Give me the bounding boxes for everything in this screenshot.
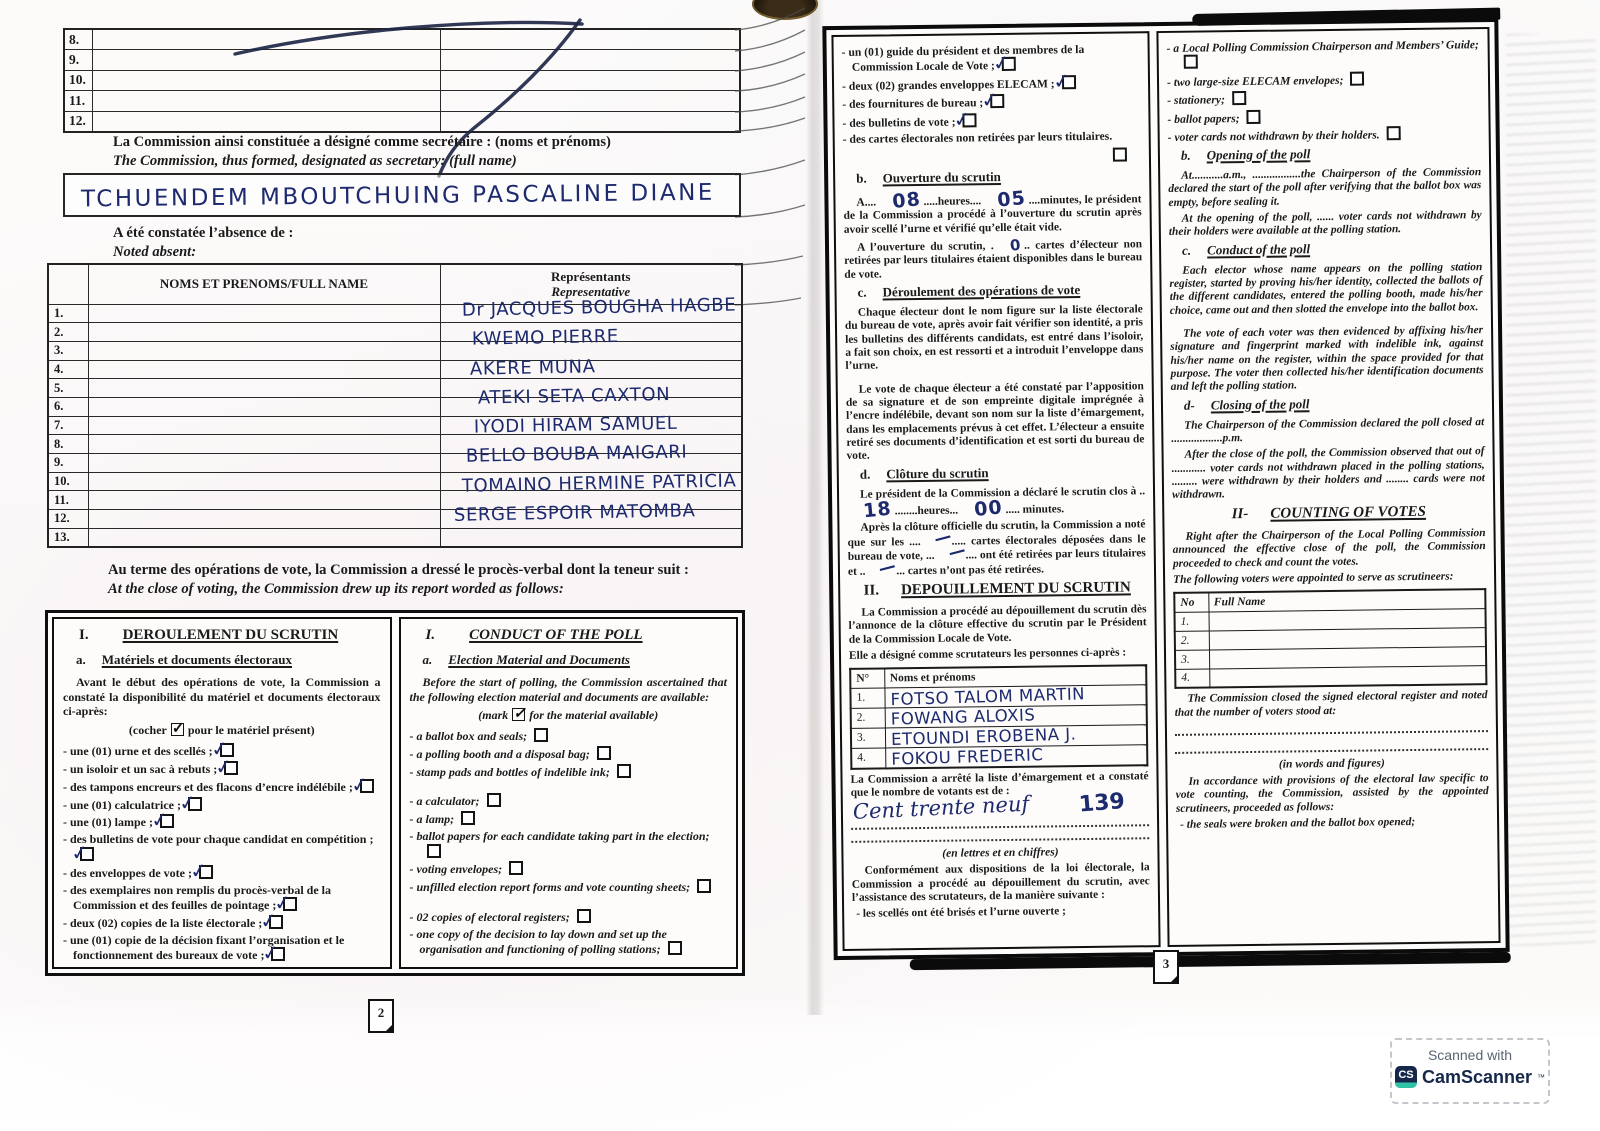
printed-checked-box-icon — [512, 708, 525, 721]
handwritten-hour: 08 — [878, 192, 921, 211]
checklist-item: ballot papers; — [1167, 107, 1480, 127]
page-marker-left: 2 — [368, 999, 394, 1033]
checklist-item: stamp pads and bottles of indelible ink; — [410, 764, 728, 779]
checklist-item: stationery; — [1167, 88, 1480, 108]
voters-count-line: Cent trente neuf 139 — [851, 800, 1149, 831]
conduct-of-poll-box: I.DEROULEMENT DU SCRUTIN a.Matériels et … — [45, 610, 745, 976]
checklist-item: a Local Polling Commission Chairperson a… — [1167, 38, 1480, 72]
checklist-item: des fournitures de bureau ; — [842, 93, 1140, 113]
checklist-item: a ballot box and seals; — [410, 728, 728, 743]
section-heading-opening-en: b.Opening of the poll — [1168, 144, 1481, 164]
camscanner-logo-icon: CS — [1395, 1066, 1417, 1088]
row-number: 8. — [64, 29, 92, 50]
paragraph: La Commission a procédé au dépouillement… — [848, 603, 1146, 647]
report-intro-fr: Au terme des opérations de vote, la Comm… — [108, 561, 689, 580]
bullet-line: - the seals were broken and the ballot b… — [1180, 815, 1489, 831]
table-row: 4. — [1175, 665, 1486, 688]
caption: (in words and figures) — [1175, 755, 1488, 772]
section-heading-voting-en: c.Conduct of the poll — [1169, 239, 1482, 259]
checkbox-icon — [1002, 57, 1016, 71]
handwritten-count-digits: 139 — [1078, 789, 1126, 818]
checkbox-icon — [1387, 126, 1401, 140]
paragraph: Le président de la Commission a déclaré … — [847, 485, 1145, 519]
conduct-box-english: I.CONDUCT OF THE POLL a.Election Materia… — [399, 617, 739, 969]
row-number: 11. — [64, 91, 92, 112]
checklist-item: voter cards not withdrawn by their holde… — [1168, 125, 1481, 145]
material-checklist-fr: une (01) urne et des scellés ; un isoloi… — [63, 743, 381, 963]
checklist-item: deux (02) copies de la liste électorale … — [63, 915, 381, 930]
secretary-name-handwritten: TCHUENDEM MBOUTCHUING PASCALINE DIANE — [65, 171, 739, 212]
paragraph: Before the start of polling, the Commiss… — [410, 675, 728, 704]
checklist-item: des bulletins de vote pour chaque candid… — [63, 832, 381, 862]
watermark-prefix: Scanned with — [1392, 1047, 1548, 1063]
checklist-item: voting envelopes; — [410, 861, 728, 876]
checklist-item: des cartes électorales non retirées par … — [843, 129, 1141, 147]
section-heading-counting-fr: II.DEPOUILLEMENT DU SCRUTIN — [848, 579, 1146, 600]
secretary-label: La Commission ainsi constituée a désigné… — [113, 133, 611, 172]
english-column: a Local Polling Commission Chairperson a… — [1156, 27, 1500, 947]
checkbox-icon — [283, 897, 297, 911]
checkbox-icon — [990, 94, 1004, 108]
scrutineers-table-fr: N°Noms et prénoms 1.FOTSO TALOM MARTIN 2… — [849, 664, 1148, 769]
handwritten-name: FOWANG ALOXIS — [890, 705, 1035, 728]
subsection-title: Matériels et documents électoraux — [102, 652, 292, 668]
paragraph: After the close of the poll, the Commiss… — [1172, 446, 1486, 503]
checkbox-icon — [427, 844, 441, 858]
checklist-item: two large-size ELECAM envelopes; — [1167, 70, 1480, 90]
checkbox-icon — [80, 847, 94, 861]
secretary-name-box: TCHUENDEM MBOUTCHUING PASCALINE DIANE — [63, 173, 741, 217]
column-header-full-name: NOMS ET PRENOMS/FULL NAME — [88, 264, 440, 304]
handwritten-minute: 05 — [984, 191, 1027, 210]
checkbox-icon — [597, 746, 611, 760]
checklist-item: des exemplaires non remplis du procès-ve… — [63, 883, 381, 913]
trademark-symbol: ™ — [1537, 1073, 1545, 1082]
paragraph: In accordance with provisions of the ele… — [1176, 772, 1489, 816]
section-heading-opening-fr: b.Ouverture du scrutin — [843, 167, 1141, 187]
scan-edge-bar-top — [1192, 8, 1500, 26]
checklist-item: un (01) guide du président et des membre… — [842, 42, 1140, 75]
page-marker-right: 3 — [1153, 950, 1179, 984]
checkbox-icon — [962, 113, 976, 127]
subsection-title: Election Material and Documents — [448, 652, 630, 668]
supplies-checklist-fr: un (01) guide du président et des membre… — [842, 42, 1141, 168]
checklist-item: une (01) lampe ; — [63, 814, 381, 829]
checklist-item: une (01) copie de la décision fixant l’o… — [63, 933, 381, 963]
section-title: CONDUCT OF THE POLL — [469, 627, 642, 644]
checklist-item: 02 copies of electoral registers; — [410, 909, 728, 924]
paragraph: Elle a désigné comme scrutateurs les per… — [849, 646, 1147, 663]
paragraph: Conformément aux dispositions de la loi … — [852, 862, 1150, 906]
scanned-document: 8. 9. 10. 11. 12. La Commission ainsi co… — [0, 0, 1600, 1131]
secretary-label-en: The Commission, thus formed, designated … — [113, 152, 611, 171]
checklist-item: ballot papers for each candidate taking … — [410, 829, 728, 859]
paragraph: Chaque électeur dont le nom figure sur l… — [845, 303, 1144, 373]
caption: (en lettres et en chiffres) — [851, 845, 1149, 862]
checkbox-icon — [1113, 147, 1127, 161]
right-page: un (01) guide du président et des membre… — [822, 18, 1509, 960]
bullet-line: - les scellés ont été brisés et l’urne o… — [856, 905, 1150, 921]
handwritten-name: FOKOU FREDERIC — [891, 745, 1044, 769]
section-heading-counting-en: II-COUNTING OF VOTES — [1172, 503, 1485, 524]
paragraph: A l’ouverture du scrutin, .0.. cartes d’… — [844, 236, 1142, 282]
row-number: 12. — [64, 111, 92, 132]
report-intro: Au terme des opérations de vote, la Comm… — [108, 561, 689, 600]
paragraph: Each elector whose name appears on the p… — [1169, 261, 1483, 318]
secretary-label-fr: La Commission ainsi constituée a désigné… — [113, 133, 611, 152]
supplies-checklist-en: a Local Polling Commission Chairperson a… — [1167, 38, 1481, 145]
paragraph: At the opening of the poll, ...... voter… — [1169, 209, 1482, 240]
paragraph: The Chairperson of the Commission declar… — [1171, 416, 1484, 447]
checkbox-icon — [1184, 55, 1198, 69]
checkbox-icon — [668, 941, 682, 955]
conduct-box-french: I.DEROULEMENT DU SCRUTIN a.Matériels et … — [52, 617, 392, 969]
checkbox-icon — [534, 728, 548, 742]
absent-label: A été constatée l’absence de : Noted abs… — [113, 224, 293, 263]
page-crease — [806, 0, 824, 1015]
checklist-item: des enveloppes de vote ; — [63, 865, 381, 880]
row-number: 10. — [64, 70, 92, 91]
camscanner-watermark: Scanned with CS CamScanner ™ — [1390, 1038, 1550, 1104]
checklist-item: a calculator; — [410, 793, 728, 808]
checkbox-icon — [1232, 91, 1246, 105]
pen-dash: — — [866, 560, 897, 577]
checkbox-icon — [697, 879, 711, 893]
bleed-through-text — [1506, 34, 1596, 946]
checkbox-icon — [1247, 109, 1261, 123]
absent-representatives-handwritten: Dr JACQUES BOUGHA HAGBE KWEMO PIERRE AKE… — [452, 297, 752, 531]
paragraph: At...........a.m., .................the … — [1168, 166, 1481, 210]
absent-label-en: Noted absent: — [113, 243, 293, 262]
paragraph: Le vote de chaque électeur a été constat… — [846, 380, 1145, 464]
checkbox-icon — [617, 764, 631, 778]
handwritten-name: ETOUNDI EROBENA J. — [890, 724, 1076, 748]
absent-label-fr: A été constatée l’absence de : — [113, 224, 293, 243]
checkbox-icon — [269, 915, 283, 929]
checklist-item: une (01) calculatrice ; — [63, 797, 381, 812]
scrutineers-table-en: NoFull Name 1. 2. 3. 4. — [1173, 588, 1487, 689]
checkbox-icon — [188, 797, 202, 811]
dotted-blank-line — [1175, 719, 1488, 736]
printed-checked-box-icon — [171, 723, 184, 736]
checkbox-icon — [199, 865, 213, 879]
handwritten-hour: 18 — [850, 502, 893, 521]
section-title: DEROULEMENT DU SCRUTIN — [123, 627, 339, 644]
scan-edge-bar-bottom — [910, 952, 1511, 970]
checklist-item: un isoloir et un sac à rebuts ; — [63, 761, 381, 776]
paragraph: A....08.....heures....05....minutes, le … — [843, 189, 1142, 237]
checklist-item: des tampons encreurs et des flacons d’en… — [63, 779, 381, 794]
checkbox-icon — [271, 947, 285, 961]
paragraph: Après la clôture officielle du scrutin, … — [847, 519, 1146, 579]
paragraph: Right after the Chairperson of the Local… — [1173, 527, 1486, 571]
checklist-item: unfilled election report forms and vote … — [410, 879, 728, 894]
mark-instruction: (markfor the material available) — [410, 708, 728, 723]
paragraph: The following voters were appointed to s… — [1173, 570, 1486, 587]
french-column: un (01) guide du président et des membre… — [831, 31, 1160, 951]
section-heading-closing-fr: d.Clôture du scrutin — [847, 463, 1145, 483]
material-checklist-en: a ballot box and seals; a polling booth … — [410, 728, 728, 956]
voters-count-intro: The Commission closed the signed elector… — [1174, 689, 1487, 720]
checkbox-icon — [224, 761, 238, 775]
handwritten-minute: 00 — [960, 500, 1003, 519]
members-table-rows-8-12: 8. 9. 10. 11. 12. — [63, 28, 741, 133]
dotted-blank-line — [1175, 737, 1488, 754]
handwritten-count: 0 — [996, 239, 1022, 253]
row-number: 9. — [64, 50, 92, 71]
checkbox-icon — [1061, 75, 1075, 89]
paragraph: The vote of each voter was then evidence… — [1170, 324, 1484, 395]
checkbox-icon — [461, 811, 475, 825]
checklist-item: des bulletins de vote ; — [842, 111, 1140, 131]
checkbox-icon — [487, 793, 501, 807]
handwritten-name: FOTSO TALOM MARTIN — [890, 684, 1085, 709]
checkbox-icon — [1350, 71, 1364, 85]
checkbox-icon — [577, 909, 591, 923]
checkbox-icon — [160, 814, 174, 828]
checkbox-icon — [360, 779, 374, 793]
checklist-item: a lamp; — [410, 811, 728, 826]
checkbox-icon — [509, 861, 523, 875]
section-heading-voting-fr: c.Déroulement des opérations de vote — [844, 281, 1142, 301]
watermark-brand: CamScanner — [1422, 1067, 1532, 1088]
section-heading-closing-en: d-Closing of the poll — [1171, 394, 1484, 414]
checklist-item: one copy of the decision to lay down and… — [410, 927, 728, 957]
report-intro-en: At the close of voting, the Commission d… — [108, 580, 689, 599]
checklist-item: a polling booth and a disposal bag; — [410, 746, 728, 761]
paragraph: Avant le début des opérations de vote, l… — [63, 675, 381, 719]
